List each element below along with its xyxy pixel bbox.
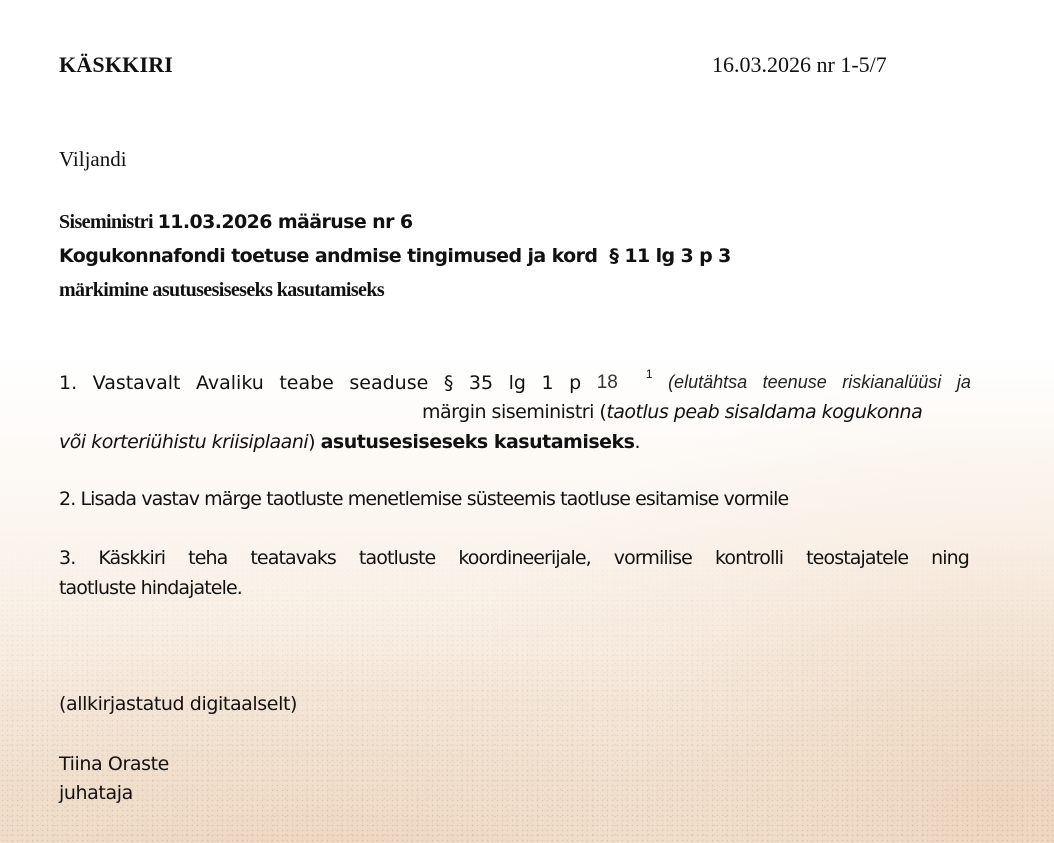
document-place: Viljandi [59,147,127,172]
p1-line3-bold: asutusesiseseks kasutamiseks [321,431,635,453]
p1-word: Avaliku [196,372,264,394]
p3-word: teostajatele [806,547,908,569]
document-date-number: 16.03.2026 nr 1-5/7 [712,52,887,78]
subject-purpose: märkimine asutusesiseseks kasutamiseks [59,279,384,301]
p1-word: seaduse [349,372,428,394]
p1-line2-text: märgin siseministri ( [422,401,606,423]
p1-italic-word: ja [957,372,971,394]
paragraph-1-line-1: 1.VastavaltAvalikuteabeseaduse§35lg1p181… [59,372,971,394]
p3-word: koordineerijale, [458,547,590,569]
law-point-superscript: 1 [646,367,653,381]
subject-prefix: Siseministri [59,211,153,233]
p3-word: vormilise [614,547,692,569]
paragraph-2: 2. Lisada vastav märge taotluste menetle… [59,488,788,510]
p1-italic-word: (elutähtsa [668,372,747,394]
subject-regulation-title: Kogukonnafondi toetuse andmise tingimuse… [59,245,731,267]
p1-word: 1 [541,372,553,394]
paragraph-3-line-2: taotluste hindajatele. [59,577,242,599]
p1-word: lg [509,372,526,394]
p1-line3-close: ) [308,431,320,453]
p3-word: teatavaks [250,547,336,569]
p3-word: kontrolli [715,547,783,569]
p1-word: Vastavalt [93,372,181,394]
subject-line-3: märkimine asutusesiseseks kasutamiseks [59,279,384,302]
document-page: KÄSKKIRI 16.03.2026 nr 1-5/7 Viljandi Si… [0,0,1054,843]
p1-line3-italic: või korteriühistu kriisiplaani [59,431,308,453]
document-type-heading: KÄSKKIRI [59,52,173,78]
subject-line-2: Kogukonnafondi toetuse andmise tingimuse… [59,245,731,268]
law-point-number: 18 [597,372,618,393]
paragraph-1-line-3: või korteriühistu kriisiplaani) asutuses… [59,431,640,453]
signatory-title: juhataja [59,782,133,804]
p1-word: p [569,372,581,394]
p3-word: 3. [59,547,75,569]
p1-line3-end: . [635,431,641,453]
law-reference-point: 181 [597,372,653,394]
p1-italic-word: teenuse [763,372,827,394]
signatory-name: Tiina Oraste [59,753,169,775]
p3-word: taotluste [359,547,435,569]
p1-word: 1. [59,372,77,394]
p3-word: teha [188,547,227,569]
p3-word: Käskkiri [98,547,165,569]
subject-regulation: 11.03.2026 määruse nr 6 [158,211,413,233]
p1-line2-italic: taotlus peab sisaldama kogukonna [606,401,922,423]
paragraph-3-line-1: 3.Käskkiritehateatavakstaotlustekoordine… [59,547,969,569]
subject-line-1: Siseministri 11.03.2026 määruse nr 6 [59,211,413,234]
p3-word: ning [931,547,969,569]
signature-note: (allkirjastatud digitaalselt) [59,693,297,715]
paragraph-1-line-2: märgin siseministri (taotlus peab sisald… [422,401,922,423]
p1-word: 35 [469,372,493,394]
p1-word: teabe [279,372,334,394]
p1-italic-word: riskianalüüsi [842,372,941,394]
p1-word: § [444,372,454,394]
